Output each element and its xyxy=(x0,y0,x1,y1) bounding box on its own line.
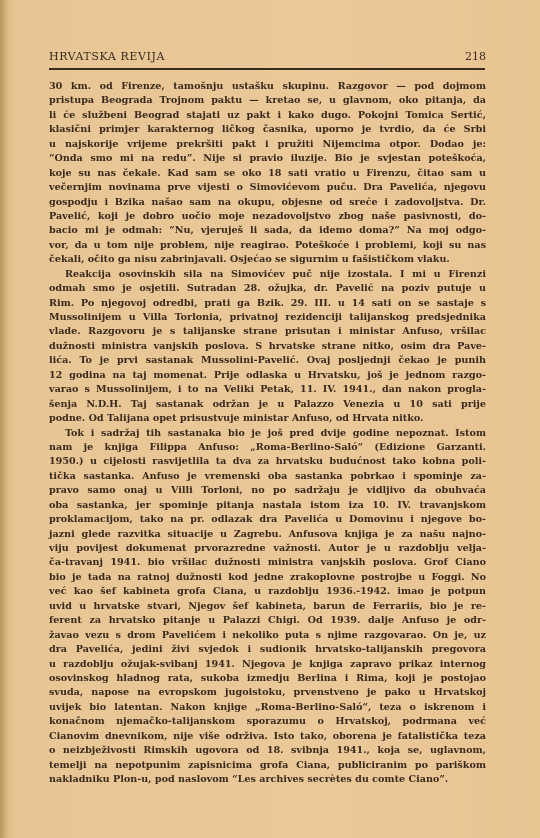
text-line: bio je tada na ratnoj dužnosti kod jedne… xyxy=(49,571,486,585)
text-line: ča-travanj 1941. bio vršilac dužnosti mi… xyxy=(49,556,486,570)
text-line: dužnosti ministra vanjskih poslova. S hr… xyxy=(49,340,486,354)
text-line: proklamacijom, tako na pr. odlazak dra P… xyxy=(49,513,486,527)
text-line: osovinskog hladnog rata, sukoba izmedju … xyxy=(49,672,486,686)
text-line: klasični primjer karakternog ličkog časn… xyxy=(49,123,486,137)
text-line: tička sastanka. Anfuso je vremenski oba … xyxy=(49,470,486,484)
paragraph-start-line: Reakcija osovinskih sila na Simovićev pu… xyxy=(49,268,486,282)
text-line: “Onda smo mi na redu”. Nije si pravio il… xyxy=(49,152,486,166)
text-line: Mussolinijem u Villa Torlonia, privatnoj… xyxy=(49,311,486,325)
header-rule xyxy=(49,68,485,70)
text-line: u razdoblju ožujak-svibanj 1941. Njegova… xyxy=(49,658,486,672)
text-line: 12 godina na taj momenat. Prije odlaska … xyxy=(49,369,486,383)
text-line: nakladniku Plon-u, pod naslovom “Les arc… xyxy=(49,773,486,787)
text-line: gospodju i Bzika našao sam na okupu, obj… xyxy=(49,196,486,210)
text-line: ferent za hrvatsko pitanje u Palazzi Chi… xyxy=(49,614,486,628)
text-line: koje su nas čekale. Kad sam se oko 18 sa… xyxy=(49,167,486,181)
text-line: nam je knjiga Filippa Anfuso: „Roma-Berl… xyxy=(49,441,486,455)
text-line: o neizbježivosti Rimskih ugovora od 18. … xyxy=(49,744,486,758)
page-header: HRVATSKA REVIJA 218 xyxy=(49,50,486,64)
text-line: Pavelić, koji je dobro uočio moje nezado… xyxy=(49,210,486,224)
text-line: odmah smo je osjetili. Sutradan 28. ožuj… xyxy=(49,282,486,296)
text-line: vlade. Razgovoru je s talijanske strane … xyxy=(49,325,486,339)
text-line: podne. Od Talijana opet prisustvuje mini… xyxy=(49,412,486,426)
text-line: pristupa Beograda Trojnom paktu — kretao… xyxy=(49,94,486,108)
text-line: lića. To je prvi sastanak Mussolini-Pave… xyxy=(49,354,486,368)
text-line: pravo samo onaj u Villi Torloni, no po s… xyxy=(49,484,486,498)
text-line: čekali, očito ga nisu zabrinjavali. Osje… xyxy=(49,253,486,267)
text-line: oba sastanka, jer spominje pitanja nasta… xyxy=(49,499,486,513)
text-line: konačnom njemačko-talijanskom sporazumu … xyxy=(49,715,486,729)
text-line: svuda, napose na evropskom jugoistoku, p… xyxy=(49,686,486,700)
text-line: temelji na nepotpunim zapisnicima grofa … xyxy=(49,759,486,773)
running-title: HRVATSKA REVIJA xyxy=(49,50,165,63)
text-line: žavao vezu s drom Pavelićem i nekoliko p… xyxy=(49,629,486,643)
text-line: varao s Mussolinijem, i to na Veliki Pet… xyxy=(49,383,486,397)
text-line: li će službeni Beograd stajati uz pakt i… xyxy=(49,109,486,123)
paragraph-start-line: Tok i sadržaj tih sastanaka bio je još p… xyxy=(49,427,486,441)
book-page: HRVATSKA REVIJA 218 30 km. od Firenze, t… xyxy=(0,0,540,838)
text-line: viju povijest dokumenat prvorazredne važ… xyxy=(49,542,486,556)
text-line: večernjim novinama prve vijesti o Simovi… xyxy=(49,181,486,195)
text-line: već kao šef kabineta grofa Ciana, u razd… xyxy=(49,585,486,599)
text-line: šenja N.D.H. Taj sastanak održan je u Pa… xyxy=(49,398,486,412)
text-line: Rim. Po njegovoj odredbi, prati ga Bzik.… xyxy=(49,297,486,311)
body-text: 30 km. od Firenze, tamošnju ustašku skup… xyxy=(49,80,486,787)
text-line: bacio mi je odmah: “Nu, vjeruješ li sada… xyxy=(49,224,486,238)
text-line: uvid u hrvatske stvari, Njegov šef kabin… xyxy=(49,600,486,614)
text-line: 30 km. od Firenze, tamošnju ustašku skup… xyxy=(49,80,486,94)
text-line: jazni glede razvitka situacije u Zagrebu… xyxy=(49,528,486,542)
text-line: Cianovim dnevnikom, nije više održiva. I… xyxy=(49,730,486,744)
text-line: dra Pavelića, jedini živi svjedok i sudi… xyxy=(49,643,486,657)
spine-shadow xyxy=(0,0,8,838)
text-line: uvijek bio latentan. Nakon knjige „Roma-… xyxy=(49,701,486,715)
text-line: 1950.) u cijelosti rasvijetlila ta dva z… xyxy=(49,455,486,469)
page-number: 218 xyxy=(465,50,486,63)
text-line: u najskorije vrijeme prekršiti pakt i pr… xyxy=(49,138,486,152)
text-line: vor, da u tom nije problem, nije reagira… xyxy=(49,239,486,253)
